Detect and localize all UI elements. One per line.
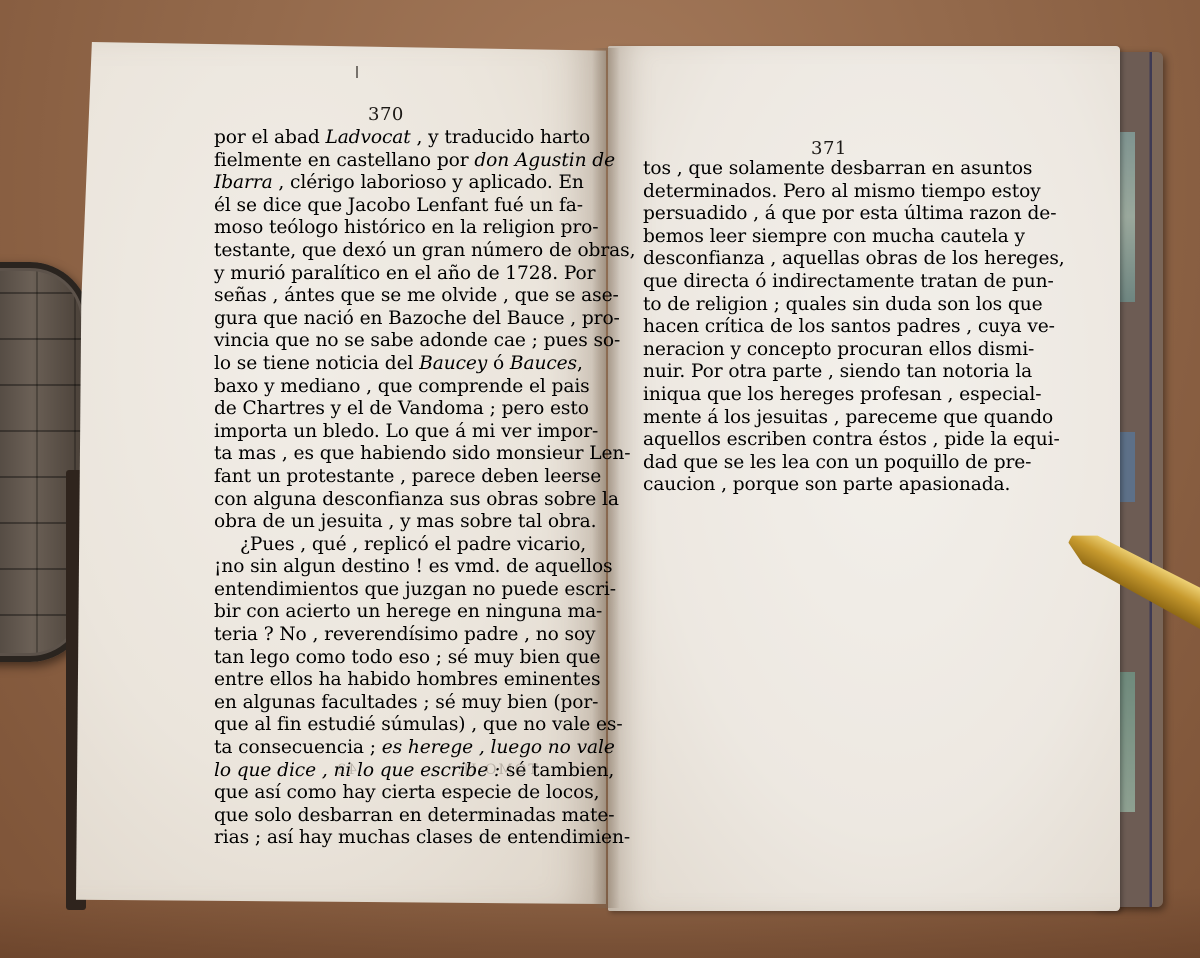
text-line: neracion y concepto procuran ellos dismi…: [643, 339, 1011, 362]
text-line: teria ? No , reverendísimo padre , no so…: [214, 624, 559, 647]
text-line: gura que nació en Bazoche del Bauce , pr…: [214, 308, 559, 331]
text-line: lo se tiene noticia del Baucey ó Bauces,: [214, 353, 559, 376]
text-line: caucion , porque son parte apasionada.: [643, 474, 1011, 497]
text-line: que así como hay cierta especie de locos…: [214, 782, 559, 805]
text-line: fant un protestante , parece deben leers…: [214, 466, 559, 489]
text-line: bir con acierto un herege en ninguna ma-: [214, 601, 559, 624]
text-line: entre ellos ha habido hombres eminentes: [214, 669, 559, 692]
text-line: ta mas , es que habiendo sido monsieur L…: [214, 443, 559, 466]
text-line: importa un bledo. Lo que á mi ver impor-: [214, 421, 559, 444]
text-line: entendimientos que juzgan no puede escri…: [214, 579, 559, 602]
text-line: obra de un jesuita , y mas sobre tal obr…: [214, 511, 559, 534]
text-line: por el abad Ladvocat , y traducido harto: [214, 127, 559, 150]
text-line: fielmente en castellano por don Agustin …: [214, 150, 559, 173]
text-line: ¡no sin algun destino ! es vmd. de aquel…: [214, 556, 559, 579]
text-line: señas , ántes que se me olvide , que se …: [214, 285, 559, 308]
text-line: nuir. Por otra parte , siendo tan notori…: [643, 361, 1011, 384]
text-line: y murió paralítico en el año de 1728. Po…: [214, 263, 559, 286]
text-line: Ibarra , clérigo laborioso y aplicado. E…: [214, 172, 559, 195]
text-line: determinados. Pero al mismo tiempo estoy: [643, 181, 1011, 204]
text-line: bemos leer siempre con mucha cautela y: [643, 226, 1011, 249]
text-line: él se dice que Jacobo Lenfant fué un fa-: [214, 195, 559, 218]
text-line: baxo y mediano , que comprende el pais: [214, 376, 559, 399]
text-line: persuadido , á que por esta última razon…: [643, 203, 1011, 226]
page-number-right: 371: [811, 138, 847, 159]
right-page-body-text: tos , que solamente desbarran en asuntos…: [643, 158, 1011, 497]
text-line: en algunas facultades ; sé muy bien (por…: [214, 692, 559, 715]
text-line: mente á los jesuitas , pareceme que quan…: [643, 407, 1011, 430]
text-line: vincia que no se sabe adonde cae ; pues …: [214, 330, 559, 353]
text-line: con alguna desconfianza sus obras sobre …: [214, 489, 559, 512]
text-line: ta consecuencia ; es herege , luego no v…: [214, 737, 559, 760]
text-line: to de religion ; quales sin duda son los…: [643, 294, 1011, 317]
text-line: tan lego como todo eso ; sé muy bien que: [214, 647, 559, 670]
bleed-through-volume-mark: TOMO II.: [455, 762, 538, 778]
text-line: iniqua que los hereges profesan , especi…: [643, 384, 1011, 407]
text-line: rias ; así hay muchas clases de entendim…: [214, 827, 559, 850]
text-line: hacen crítica de los santos padres , cuy…: [643, 316, 1011, 339]
text-line: que solo desbarran en determinadas mate-: [214, 805, 559, 828]
left-page-body-text: por el abad Ladvocat , y traducido harto…: [214, 127, 559, 850]
text-line: ¿Pues , qué , replicó el padre vicario,: [214, 534, 559, 557]
text-line: que al fin estudié súmulas) , que no val…: [214, 714, 559, 737]
text-line: que directa ó indirectamente tratan de p…: [643, 271, 1011, 294]
printer-mark: [356, 66, 358, 78]
bleed-through-signature: 42: [335, 762, 357, 778]
text-line: dad que se les lea con un poquillo de pr…: [643, 452, 1011, 475]
text-line: desconfianza , aquellas obras de los her…: [643, 248, 1011, 271]
text-line: de Chartres y el de Vandoma ; pero esto: [214, 398, 559, 421]
text-line: tos , que solamente desbarran en asuntos: [643, 158, 1011, 181]
page-number-left: 370: [368, 104, 404, 125]
text-line: moso teólogo histórico en la religion pr…: [214, 217, 559, 240]
text-line: aquellos escriben contra éstos , pide la…: [643, 429, 1011, 452]
text-line: testante, que dexó un gran número de obr…: [214, 240, 559, 263]
